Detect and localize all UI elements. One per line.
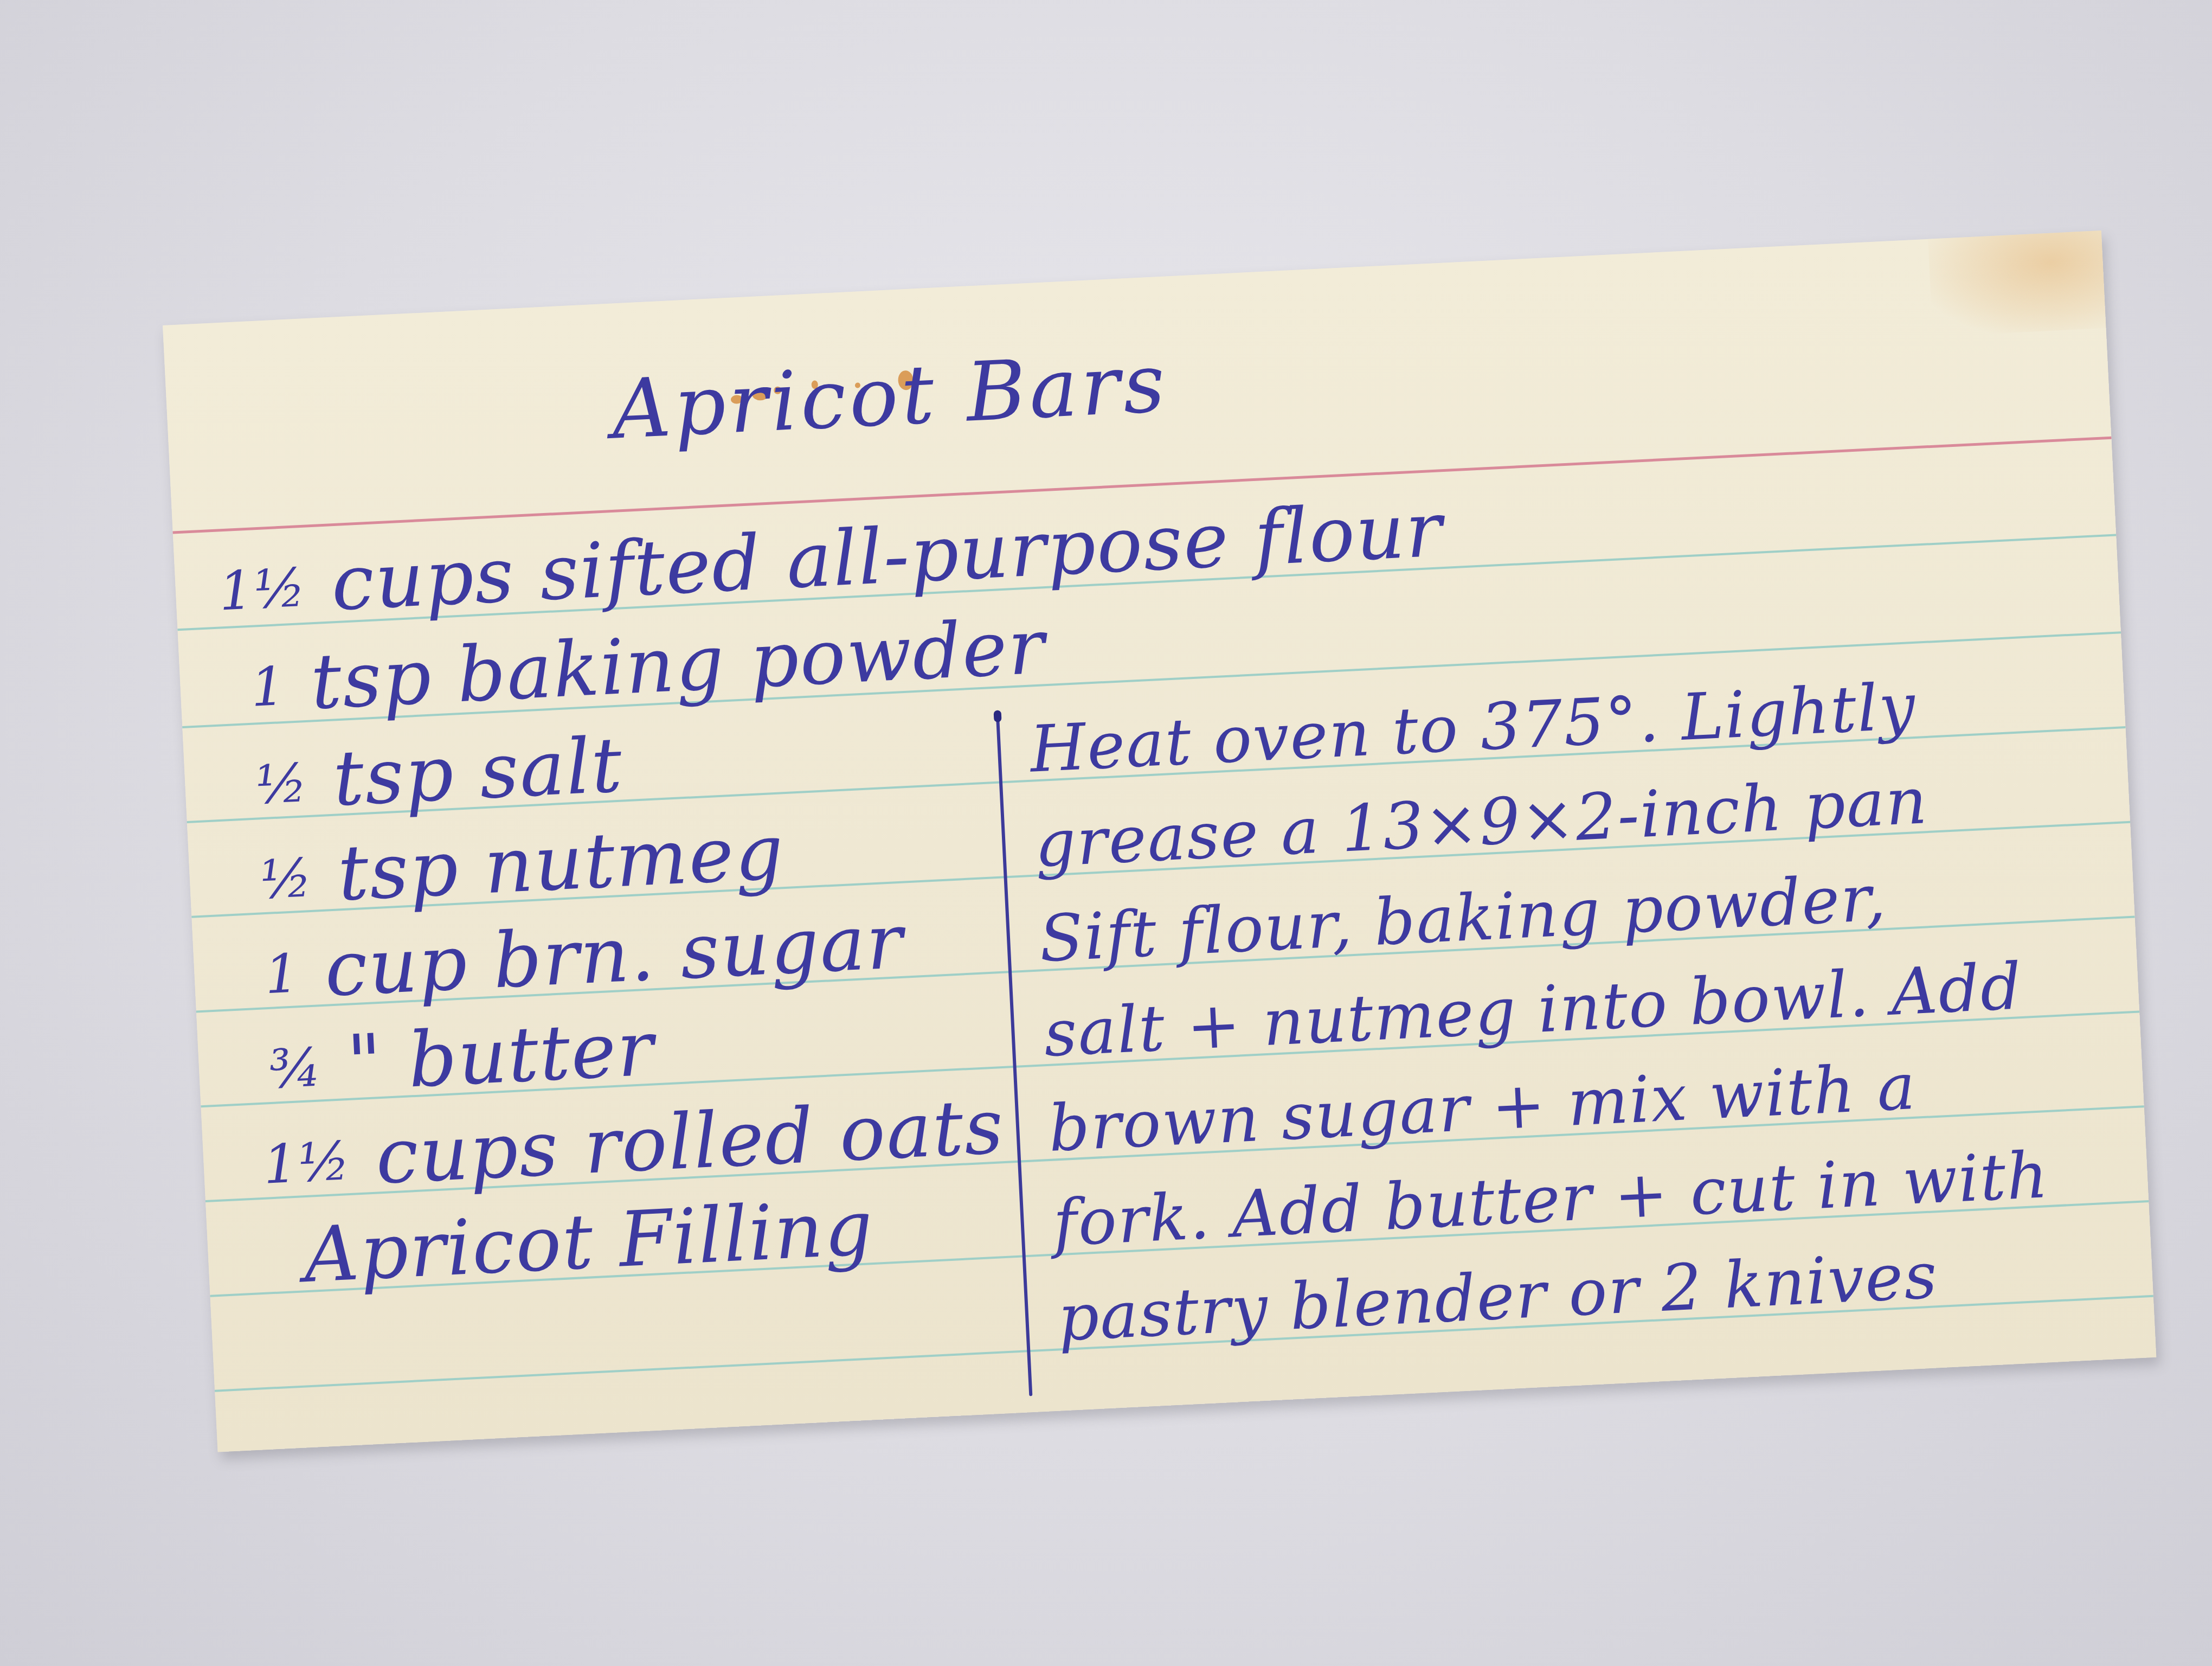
ingredient-qty: 1 bbox=[249, 656, 287, 719]
ingredient-line: ½ tsp nutmeg bbox=[258, 808, 786, 922]
ingredient-qty: ½ bbox=[254, 752, 310, 817]
instruction-line: grease a 13×9×2-inch pan bbox=[1033, 763, 1930, 881]
ingredient-qty: ¾ bbox=[268, 1037, 324, 1101]
recipe-card: Apricot Bars 1½ cups sifted all-purpose … bbox=[163, 230, 2156, 1452]
ingredient-line: 1½ cups sifted all-purpose flour bbox=[217, 485, 1445, 633]
instruction-line: brown sugar + mix with a bbox=[1047, 1049, 1918, 1166]
ingredient-qty: 1½ bbox=[217, 557, 308, 623]
ingredient-qty: ½ bbox=[259, 847, 314, 912]
ingredient-qty: 1½ bbox=[262, 1130, 352, 1196]
instruction-line: Sift flour, baking powder, bbox=[1038, 860, 1888, 976]
ingredient-qty: 1 bbox=[263, 943, 301, 1006]
ingredient-line: ½ tsp salt bbox=[253, 721, 625, 828]
ingredient-text: Apricot Filling bbox=[302, 1184, 876, 1300]
instruction-line: pastry blender or 2 knives bbox=[1056, 1238, 1939, 1355]
ingredient-line: ¾ " butter bbox=[267, 1004, 657, 1112]
column-divider-line bbox=[996, 713, 1033, 1396]
ingredient-text: tsp nutmeg bbox=[336, 808, 786, 918]
ingredient-text: cups sifted all-purpose flour bbox=[330, 485, 1445, 628]
ingredient-text: " butter bbox=[345, 1004, 656, 1108]
photo-scene: Apricot Bars 1½ cups sifted all-purpose … bbox=[0, 0, 2212, 1666]
recipe-title: Apricot Bars bbox=[609, 336, 1170, 458]
instruction-line: Heat oven to 375°. Lightly bbox=[1028, 669, 1918, 787]
ingredient-text: tsp salt bbox=[331, 721, 625, 824]
